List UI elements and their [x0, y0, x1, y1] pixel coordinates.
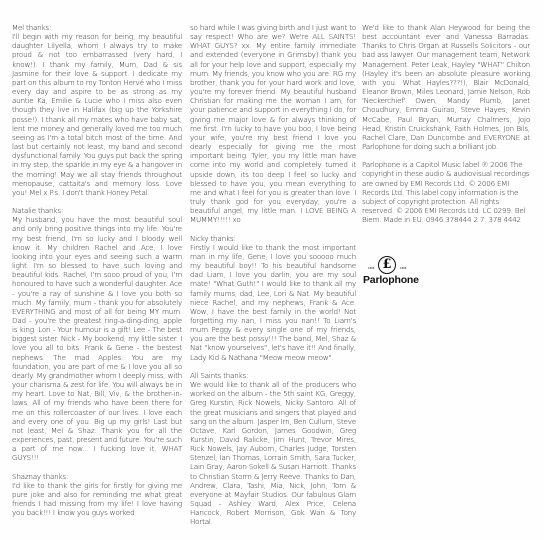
parlophone-logo: £ 1896 1896 Parlophone [363, 256, 421, 296]
section-body: I'd like to thank the girls for firstly … [12, 481, 182, 518]
section-title: Nicky thanks: [190, 234, 356, 243]
all-saints-thanks-continued: We'd like to thank Alan Heywood for bein… [362, 23, 530, 151]
section-body: Firstly I would like to thank the most i… [190, 243, 356, 362]
mel-thanks-section: Mel thanks: I'll begin with my reason fo… [12, 23, 182, 197]
shaznay-thanks-continued: so hard while I was giving birth and I j… [190, 23, 356, 224]
column-left: Mel thanks: I'll begin with my reason fo… [12, 23, 182, 527]
section-body: I'll begin with my reason for being, my … [12, 32, 182, 197]
natalie-thanks-section: Natalie thanks: My husband, you have the… [12, 206, 182, 462]
logo-year-left: 1896 [368, 267, 374, 270]
logo-year-right: 1896 [400, 267, 406, 270]
shaznay-thanks-section: Shaznay thanks: I'd like to thank the gi… [12, 472, 182, 518]
pound-sign-icon: £ [378, 256, 396, 274]
logo-wordmark: Parlophone [363, 274, 419, 286]
section-title: Mel thanks: [12, 23, 182, 32]
column-right: We'd like to thank Alan Heywood for bein… [362, 23, 530, 224]
all-saints-thanks-section: All Saints thanks: We would like to than… [190, 371, 356, 527]
section-body: We'd like to thank Alan Heywood for bein… [362, 23, 530, 151]
section-title: All Saints thanks: [190, 371, 356, 380]
copyright-notice: Parlophone is a Capitol Music label ℗ 20… [362, 160, 530, 224]
section-body: My husband, you have the most beautiful … [12, 215, 182, 462]
column-middle: so hard while I was giving birth and I j… [190, 23, 356, 536]
section-title: Shaznay thanks: [12, 472, 182, 481]
section-body: We would like to thank all of the produc… [190, 380, 356, 527]
booklet-page: Mel thanks: I'll begin with my reason fo… [0, 0, 544, 540]
nicky-thanks-section: Nicky thanks: Firstly I would like to th… [190, 234, 356, 362]
section-body: so hard while I was giving birth and I j… [190, 23, 356, 224]
section-title: Natalie thanks: [12, 206, 182, 215]
